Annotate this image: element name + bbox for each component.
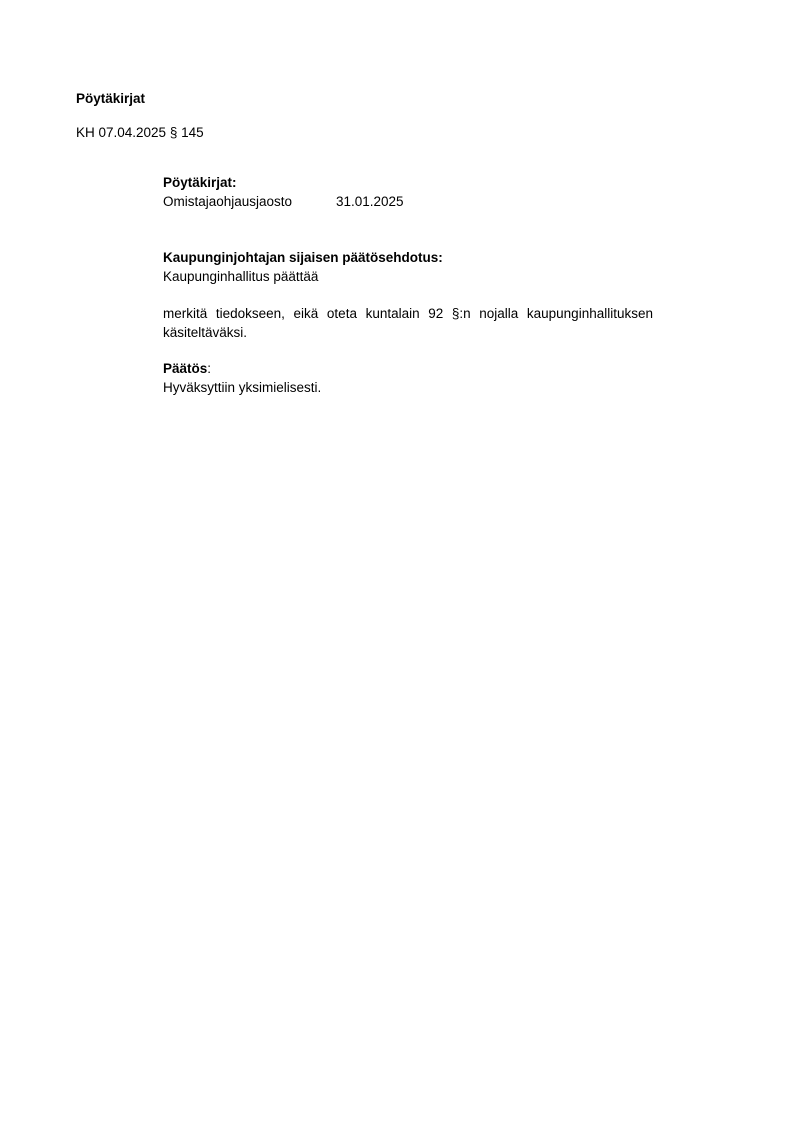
document-title: Pöytäkirjat — [76, 89, 145, 108]
proposal-label: Kaupunginjohtajan sijaisen päätösehdotus… — [163, 248, 443, 267]
decision-label: Päätös — [163, 361, 207, 376]
minutes-entry-body: Omistajaohjausjaosto — [163, 192, 336, 211]
minutes-section-label: Pöytäkirjat: — [163, 173, 237, 192]
meeting-reference: KH 07.04.2025 § 145 — [76, 123, 204, 142]
decision-text: Hyväksyttiin yksimielisesti. — [163, 378, 321, 397]
proposal-body: merkitä tiedokseen, eikä oteta kuntalain… — [163, 304, 653, 342]
decision-label-colon: : — [207, 361, 211, 376]
decision-heading: Päätös: — [163, 359, 211, 378]
minutes-entry-date: 31.01.2025 — [336, 194, 404, 209]
proposal-intro: Kaupunginhallitus päättää — [163, 267, 318, 286]
minutes-entry: Omistajaohjausjaosto31.01.2025 — [163, 192, 404, 211]
